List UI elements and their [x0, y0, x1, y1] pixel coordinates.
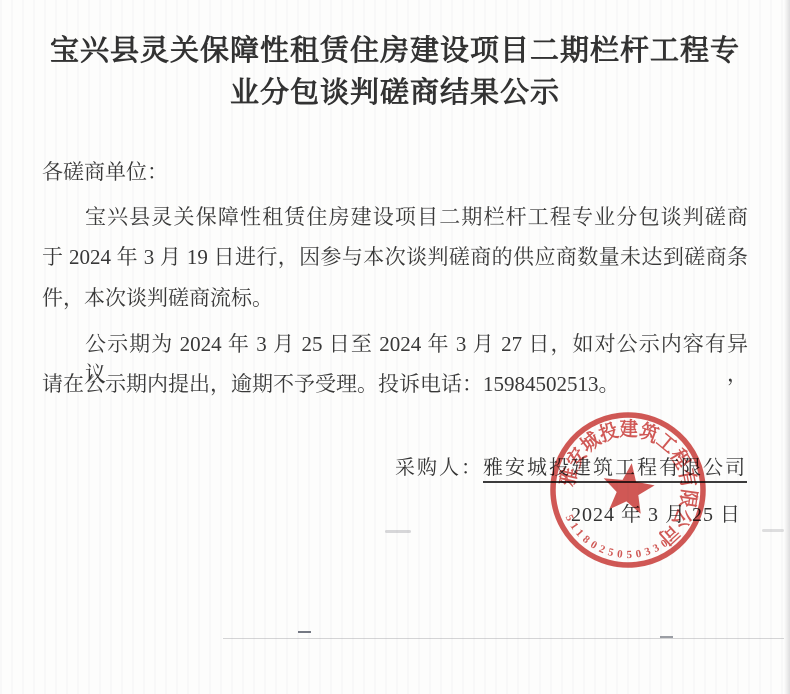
scan-artifact-smudge [385, 530, 411, 533]
paragraph2-line2: 请在公示期内提出，逾期不予受理。投诉电话：15984502513。 [42, 369, 748, 399]
scan-artifact-dash [660, 636, 673, 638]
title-line-2: 业分包谈判磋商结果公示 [0, 72, 790, 114]
scanned-announcement-page: 宝兴县灵关保障性租赁住房建设项目二期栏杆工程专 业分包谈判磋商结果公示 各磋商单… [0, 0, 790, 694]
title-line-1: 宝兴县灵关保障性租赁住房建设项目二期栏杆工程专 [0, 30, 790, 72]
scan-artifact-smudge [762, 529, 784, 532]
purchaser-label: 采购人： [395, 457, 483, 479]
paragraph1-line1: 宝兴县灵关保障性租赁住房建设项目二期栏杆工程专业分包谈判磋商 [42, 202, 748, 232]
scan-edge-shadow [784, 0, 790, 694]
page-title: 宝兴县灵关保障性租赁住房建设项目二期栏杆工程专 业分包谈判磋商结果公示 [0, 30, 790, 114]
seal-star-icon [600, 460, 658, 515]
salutation: 各磋商单位： [42, 157, 748, 187]
scan-artifact-dash [298, 631, 311, 633]
paragraph1-line3: 件，本次谈判磋商流标。 [42, 283, 748, 313]
company-seal: 雅安城投建筑工程有限公司 5118025050330 [543, 405, 713, 575]
scan-artifact-line [223, 638, 784, 639]
paragraph1-line2: 于 2024 年 3 月 19 日进行，因参与本次谈判磋商的供应商数量未达到磋商… [42, 242, 748, 272]
